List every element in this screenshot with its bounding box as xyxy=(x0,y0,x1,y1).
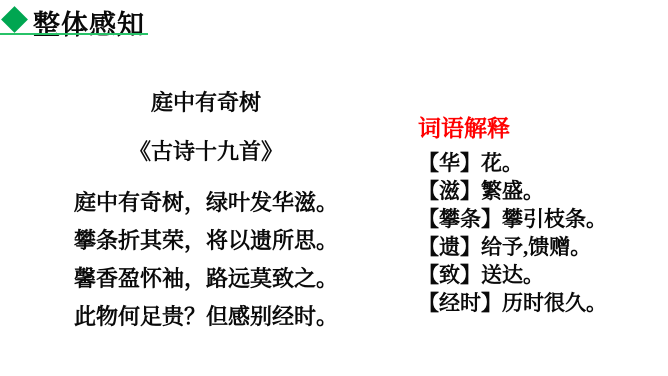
slide: 整体感知 庭中有奇树 《古诗十九首》 庭中有奇树，绿叶发华滋。 攀条折其荣，将以… xyxy=(0,0,668,376)
glossary-entry: 【滋】繁盛。 xyxy=(418,178,663,206)
glossary-list: 【华】花。 【滋】繁盛。 【攀条】攀引枝条。 【遗】给予,馈赠。 【致】送达。 … xyxy=(418,150,663,318)
section-title: 整体感知 xyxy=(33,3,145,42)
glossary-block: 词语解释 【华】花。 【滋】繁盛。 【攀条】攀引枝条。 【遗】给予,馈赠。 【致… xyxy=(418,110,663,318)
glossary-entry: 【华】花。 xyxy=(418,150,663,178)
glossary-entry: 【遗】给予,馈赠。 xyxy=(418,234,663,262)
glossary-entry: 【攀条】攀引枝条。 xyxy=(418,206,663,234)
diamond-icon xyxy=(1,6,28,33)
poem-line: 馨香盈怀袖，路远莫致之。 xyxy=(40,264,372,302)
poem-line: 攀条折其荣，将以遗所思。 xyxy=(40,226,372,264)
glossary-entry: 【经时】历时很久。 xyxy=(418,290,663,318)
header-underline xyxy=(0,33,148,35)
poem-title: 庭中有奇树 xyxy=(40,86,372,117)
poem-line: 庭中有奇树，绿叶发华滋。 xyxy=(40,188,372,226)
poem-lines: 庭中有奇树，绿叶发华滋。 攀条折其荣，将以遗所思。 馨香盈怀袖，路远莫致之。 此… xyxy=(40,188,372,340)
poem-line: 此物何足贵？但感别经时。 xyxy=(40,302,372,340)
poem-source: 《古诗十九首》 xyxy=(40,135,372,166)
slide-header: 整体感知 xyxy=(0,0,668,40)
glossary-entry: 【致】送达。 xyxy=(418,262,663,290)
poem-block: 庭中有奇树 《古诗十九首》 庭中有奇树，绿叶发华滋。 攀条折其荣，将以遗所思。 … xyxy=(40,86,372,340)
glossary-title: 词语解释 xyxy=(418,110,663,143)
